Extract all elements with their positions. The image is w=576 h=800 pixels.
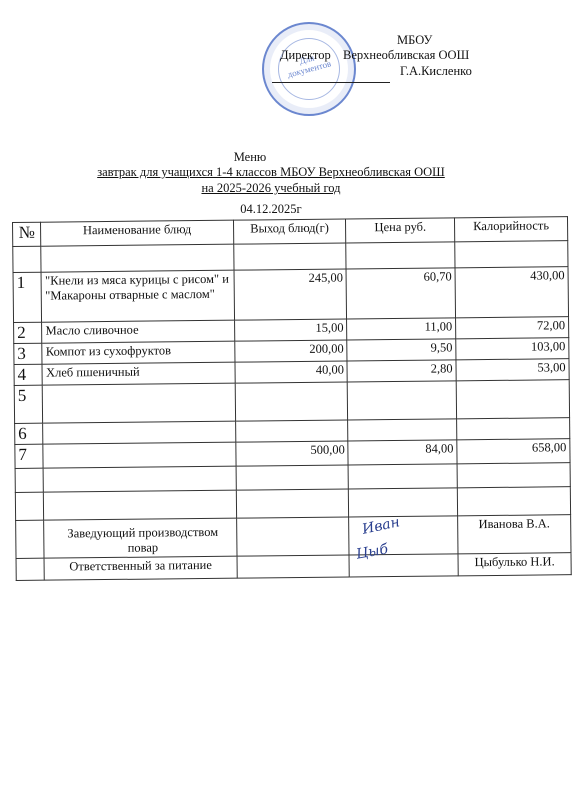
- row-calories: 53,00: [456, 359, 569, 381]
- header-output: Выход блюд(г): [233, 219, 346, 244]
- total-calories: 658,00: [457, 439, 570, 464]
- row-price: 9,50: [347, 339, 456, 361]
- menu-table: № Наименование блюд Выход блюд(г) Цена р…: [12, 216, 572, 581]
- row-num: 1: [13, 272, 42, 322]
- row-num: 3: [14, 343, 43, 364]
- header-name: Наименование блюд: [41, 220, 233, 246]
- row-num: 6: [15, 423, 44, 444]
- row-output: 15,00: [234, 319, 347, 341]
- row-num: 5: [14, 385, 43, 423]
- row-num: 4: [14, 364, 43, 385]
- total-price: 84,00: [348, 440, 457, 465]
- row-calories: 430,00: [455, 267, 568, 318]
- row-name: Масло сливочное: [42, 320, 234, 343]
- signature-role: Ответственный за питание: [45, 556, 237, 580]
- row-price: 2,80: [347, 360, 456, 382]
- director-signature-line: [272, 82, 390, 83]
- row-name: "Кнели из мяса курицы с рисом" и "Макаро…: [42, 270, 235, 322]
- row-calories: 103,00: [456, 338, 569, 360]
- row-name: Хлеб пшеничный: [42, 362, 234, 385]
- menu-title: Меню: [0, 150, 500, 165]
- row-output: 40,00: [234, 361, 347, 383]
- menu-date: 04.12.2025г: [56, 202, 486, 217]
- row-name: Компот из сухофруктов: [42, 341, 234, 364]
- row-price: 60,70: [346, 268, 455, 319]
- signature-role: Заведующий производством повар: [44, 518, 236, 558]
- table-row: 1 "Кнели из мяса курицы с рисом" и "Мака…: [13, 267, 568, 323]
- approval-director-name: Г.А.Кисленко: [400, 64, 472, 79]
- header-num: №: [13, 222, 42, 246]
- row-output: 200,00: [234, 340, 347, 362]
- signature-name: Иванова В.А.: [458, 515, 571, 554]
- signature-row: Заведующий производством повар Иванова В…: [16, 515, 571, 559]
- official-stamp: Для документов: [262, 22, 356, 116]
- signature-name: Цыбулько Н.И.: [458, 553, 571, 576]
- row-price: 11,00: [347, 318, 456, 340]
- menu-subtitle: завтрак для учащихся 1-4 классов МБОУ Ве…: [56, 165, 486, 180]
- total-output: 500,00: [235, 441, 348, 466]
- header-calories: Калорийность: [455, 217, 568, 242]
- row-num: 7: [15, 444, 44, 468]
- approval-school: Верхнеобливская ООШ: [343, 48, 469, 63]
- row-output: 245,00: [234, 269, 347, 320]
- approval-position: Директор: [280, 48, 331, 63]
- signature-row: Ответственный за питание Цыбулько Н.И.: [16, 553, 571, 581]
- school-year: на 2025-2026 учебный год: [56, 181, 486, 196]
- table-row: 5: [14, 380, 569, 424]
- row-num: 2: [14, 322, 43, 343]
- row-calories: 72,00: [456, 317, 569, 339]
- header-price: Цена руб.: [346, 218, 455, 243]
- approval-org: МБОУ: [397, 33, 432, 48]
